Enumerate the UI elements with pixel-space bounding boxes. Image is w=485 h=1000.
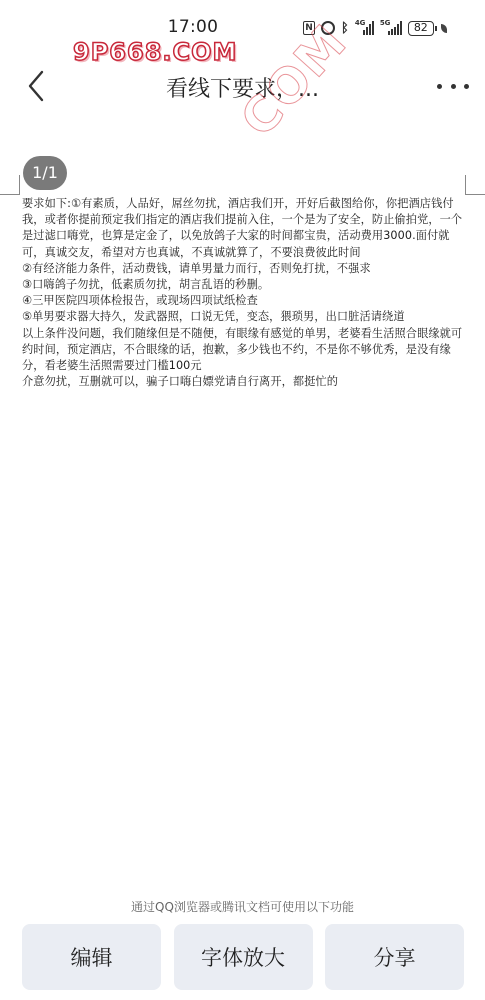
status-icons: N ᛒ 4G 5G 82 xyxy=(303,19,447,37)
doc-line: ③口嗨鸽子勿扰，低素质勿扰，胡言乱语的秒删。 xyxy=(22,277,468,293)
document-text: 要求如下:①有素质，人品好，屌丝勿扰，酒店我们开，开好后截图给你，你把酒店钱付 … xyxy=(22,196,468,390)
doc-line: 介意勿扰，互删就可以，骗子口嗨白嫖党请自行离开，都挺忙的 xyxy=(22,374,468,390)
edit-button[interactable]: 编辑 xyxy=(22,924,161,990)
more-horizontal-icon xyxy=(437,84,442,89)
doc-line: ②有经济能力条件，活动费钱，请单男量力而行，否则免打扰，不强求 xyxy=(22,261,468,277)
screen: 17:00 N ᛒ 4G 5G 82 9P668.COM 看线下要求，. xyxy=(0,0,485,1000)
enlarge-font-button[interactable]: 字体放大 xyxy=(174,924,313,990)
feature-hint: 通过QQ浏览器或腾讯文档可使用以下功能 xyxy=(0,898,485,915)
alarm-icon xyxy=(321,21,335,35)
power-saving-leaf-icon xyxy=(441,24,447,33)
more-dot xyxy=(451,84,456,89)
battery-icon: 82 xyxy=(408,21,434,36)
back-button[interactable] xyxy=(22,66,54,106)
more-button[interactable] xyxy=(437,78,469,94)
action-bar: 编辑 字体放大 分享 xyxy=(22,924,464,990)
document-viewer[interactable]: 1/1 要求如下:①有素质，人品好，屌丝勿扰，酒店我们开，开好后截图给你，你把酒… xyxy=(0,116,485,886)
doc-line: ④三甲医院四项体检报告，或现场四项试纸检查 xyxy=(22,293,468,309)
more-dot xyxy=(464,84,469,89)
doc-line: 约时间，预定酒店，不合眼缘的话，抱歉，多少钱也不约，不是你不够优秀，是没有缘 xyxy=(22,342,468,358)
signal-5g-label: 5G xyxy=(380,19,391,27)
page-corner-top-left xyxy=(0,175,20,195)
status-time: 17:00 xyxy=(166,17,220,37)
doc-line: 要求如下:①有素质，人品好，屌丝勿扰，酒店我们开，开好后截图给你，你把酒店钱付 xyxy=(22,196,468,212)
doc-line: ⑤单男要求器大持久，发武器照，口说无凭，变态，猥琐男，出口脏活请绕道 xyxy=(22,309,468,325)
4g-signal-icon: 4G xyxy=(355,21,374,35)
battery-tip-icon xyxy=(435,26,437,31)
doc-line: 是过滤口嗨党，也算是定金了，以免放鸽子大家的时间都宝贵，活动费用3000.面付就 xyxy=(22,228,468,244)
chevron-left-icon xyxy=(22,66,54,106)
page-corner-top-right xyxy=(465,175,485,195)
title-bar: 看线下要求，... xyxy=(0,56,485,116)
page-indicator: 1/1 xyxy=(23,156,67,190)
signal-4g-label: 4G xyxy=(355,19,366,27)
doc-line: 分，看老婆生活照需要过门槛100元 xyxy=(22,358,468,374)
share-button[interactable]: 分享 xyxy=(325,924,464,990)
doc-line: 以上条件没问题，我们随缘但是不随便，有眼缘有感觉的单男，老婆看生活照合眼缘就可 xyxy=(22,326,468,342)
nfc-icon: N xyxy=(303,21,315,35)
doc-line: 可，真诚交友，希望对方也真诚，不真诚就算了，不要浪费彼此时间 xyxy=(22,245,468,261)
5g-signal-icon: 5G xyxy=(380,21,402,35)
page-title: 看线下要求，... xyxy=(100,72,385,103)
bluetooth-icon: ᛒ xyxy=(341,20,349,36)
doc-line: 我，或者你提前预定我们指定的酒店我们提前入住，一个是为了安全，防止偷拍党，一个 xyxy=(22,212,468,228)
